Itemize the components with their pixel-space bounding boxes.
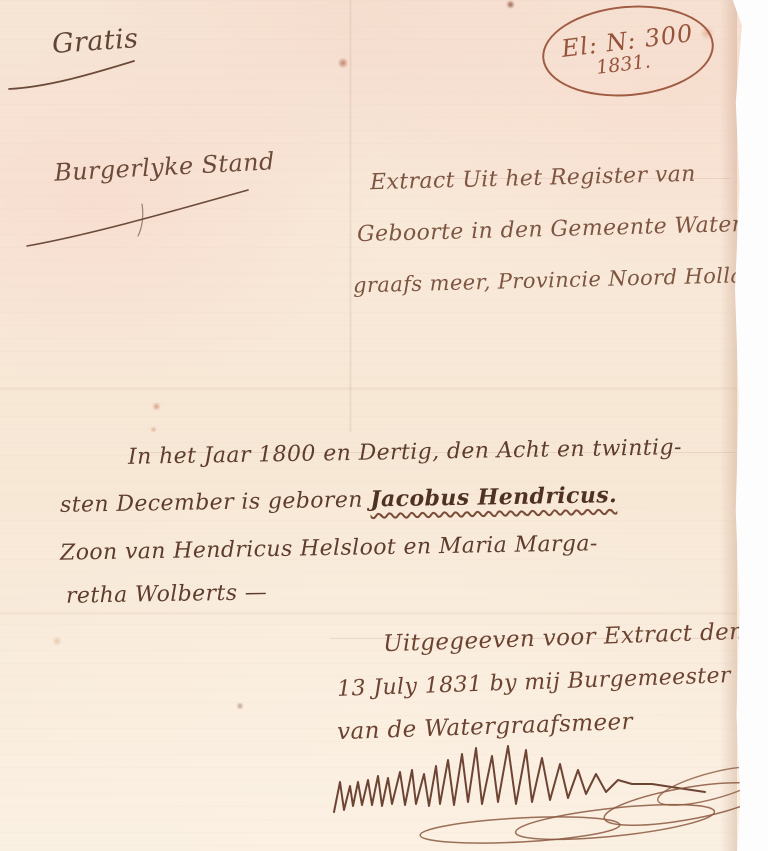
body-line-2: sten December is geboren Jacobus Hendric… bbox=[60, 482, 618, 518]
body-line-1: In het Jaar 1800 en Dertig, den Acht en … bbox=[128, 435, 682, 470]
registration-stamp: El: N: 300 1831. bbox=[538, 0, 717, 103]
gratis-note: Gratis bbox=[51, 23, 139, 60]
heading-burgerlijke-stand: Burgerlyke Stand bbox=[53, 147, 275, 187]
signature-flourish-icon bbox=[330, 742, 750, 847]
intro-line-1: Extract Uit het Register van bbox=[370, 162, 696, 196]
horizontal-fold-crease bbox=[0, 387, 737, 390]
intro-line-2: Geboorte in den Gemeente Water- bbox=[357, 212, 751, 247]
gratis-underline-flourish bbox=[6, 56, 141, 94]
body-line-4: retha Wolberts — bbox=[66, 580, 268, 609]
intro-line-3: graafs meer, Provincie Noord Holland bbox=[353, 263, 768, 298]
body-line-2-text: sten December is geboren bbox=[60, 487, 371, 517]
body-line-3: Zoon van Hendricus Helsloot en Maria Mar… bbox=[60, 531, 598, 565]
paper-edge-shadow bbox=[720, 0, 737, 851]
issue-line-3: van de Watergraafsmeer bbox=[337, 709, 634, 745]
horizontal-fold-crease bbox=[0, 612, 737, 615]
child-name: Jacobus Hendricus. bbox=[370, 482, 617, 512]
issue-line-2: 13 July 1831 by mij Burgemeester bbox=[337, 663, 732, 702]
ink-stain bbox=[236, 702, 244, 710]
heading-underline-flourish bbox=[24, 184, 252, 250]
ink-stain bbox=[150, 426, 157, 433]
ink-stain bbox=[52, 636, 62, 646]
vertical-fold-crease bbox=[349, 0, 352, 432]
ink-stain bbox=[506, 0, 515, 9]
paper-sheet: El: N: 300 1831. Gratis Burgerlyke Stand… bbox=[0, 0, 768, 851]
scanned-document: El: N: 300 1831. Gratis Burgerlyke Stand… bbox=[0, 0, 768, 851]
ink-stain bbox=[338, 57, 348, 69]
ink-stain bbox=[152, 402, 161, 411]
issue-line-1: Uitgegeeven voor Extract den bbox=[383, 619, 745, 658]
